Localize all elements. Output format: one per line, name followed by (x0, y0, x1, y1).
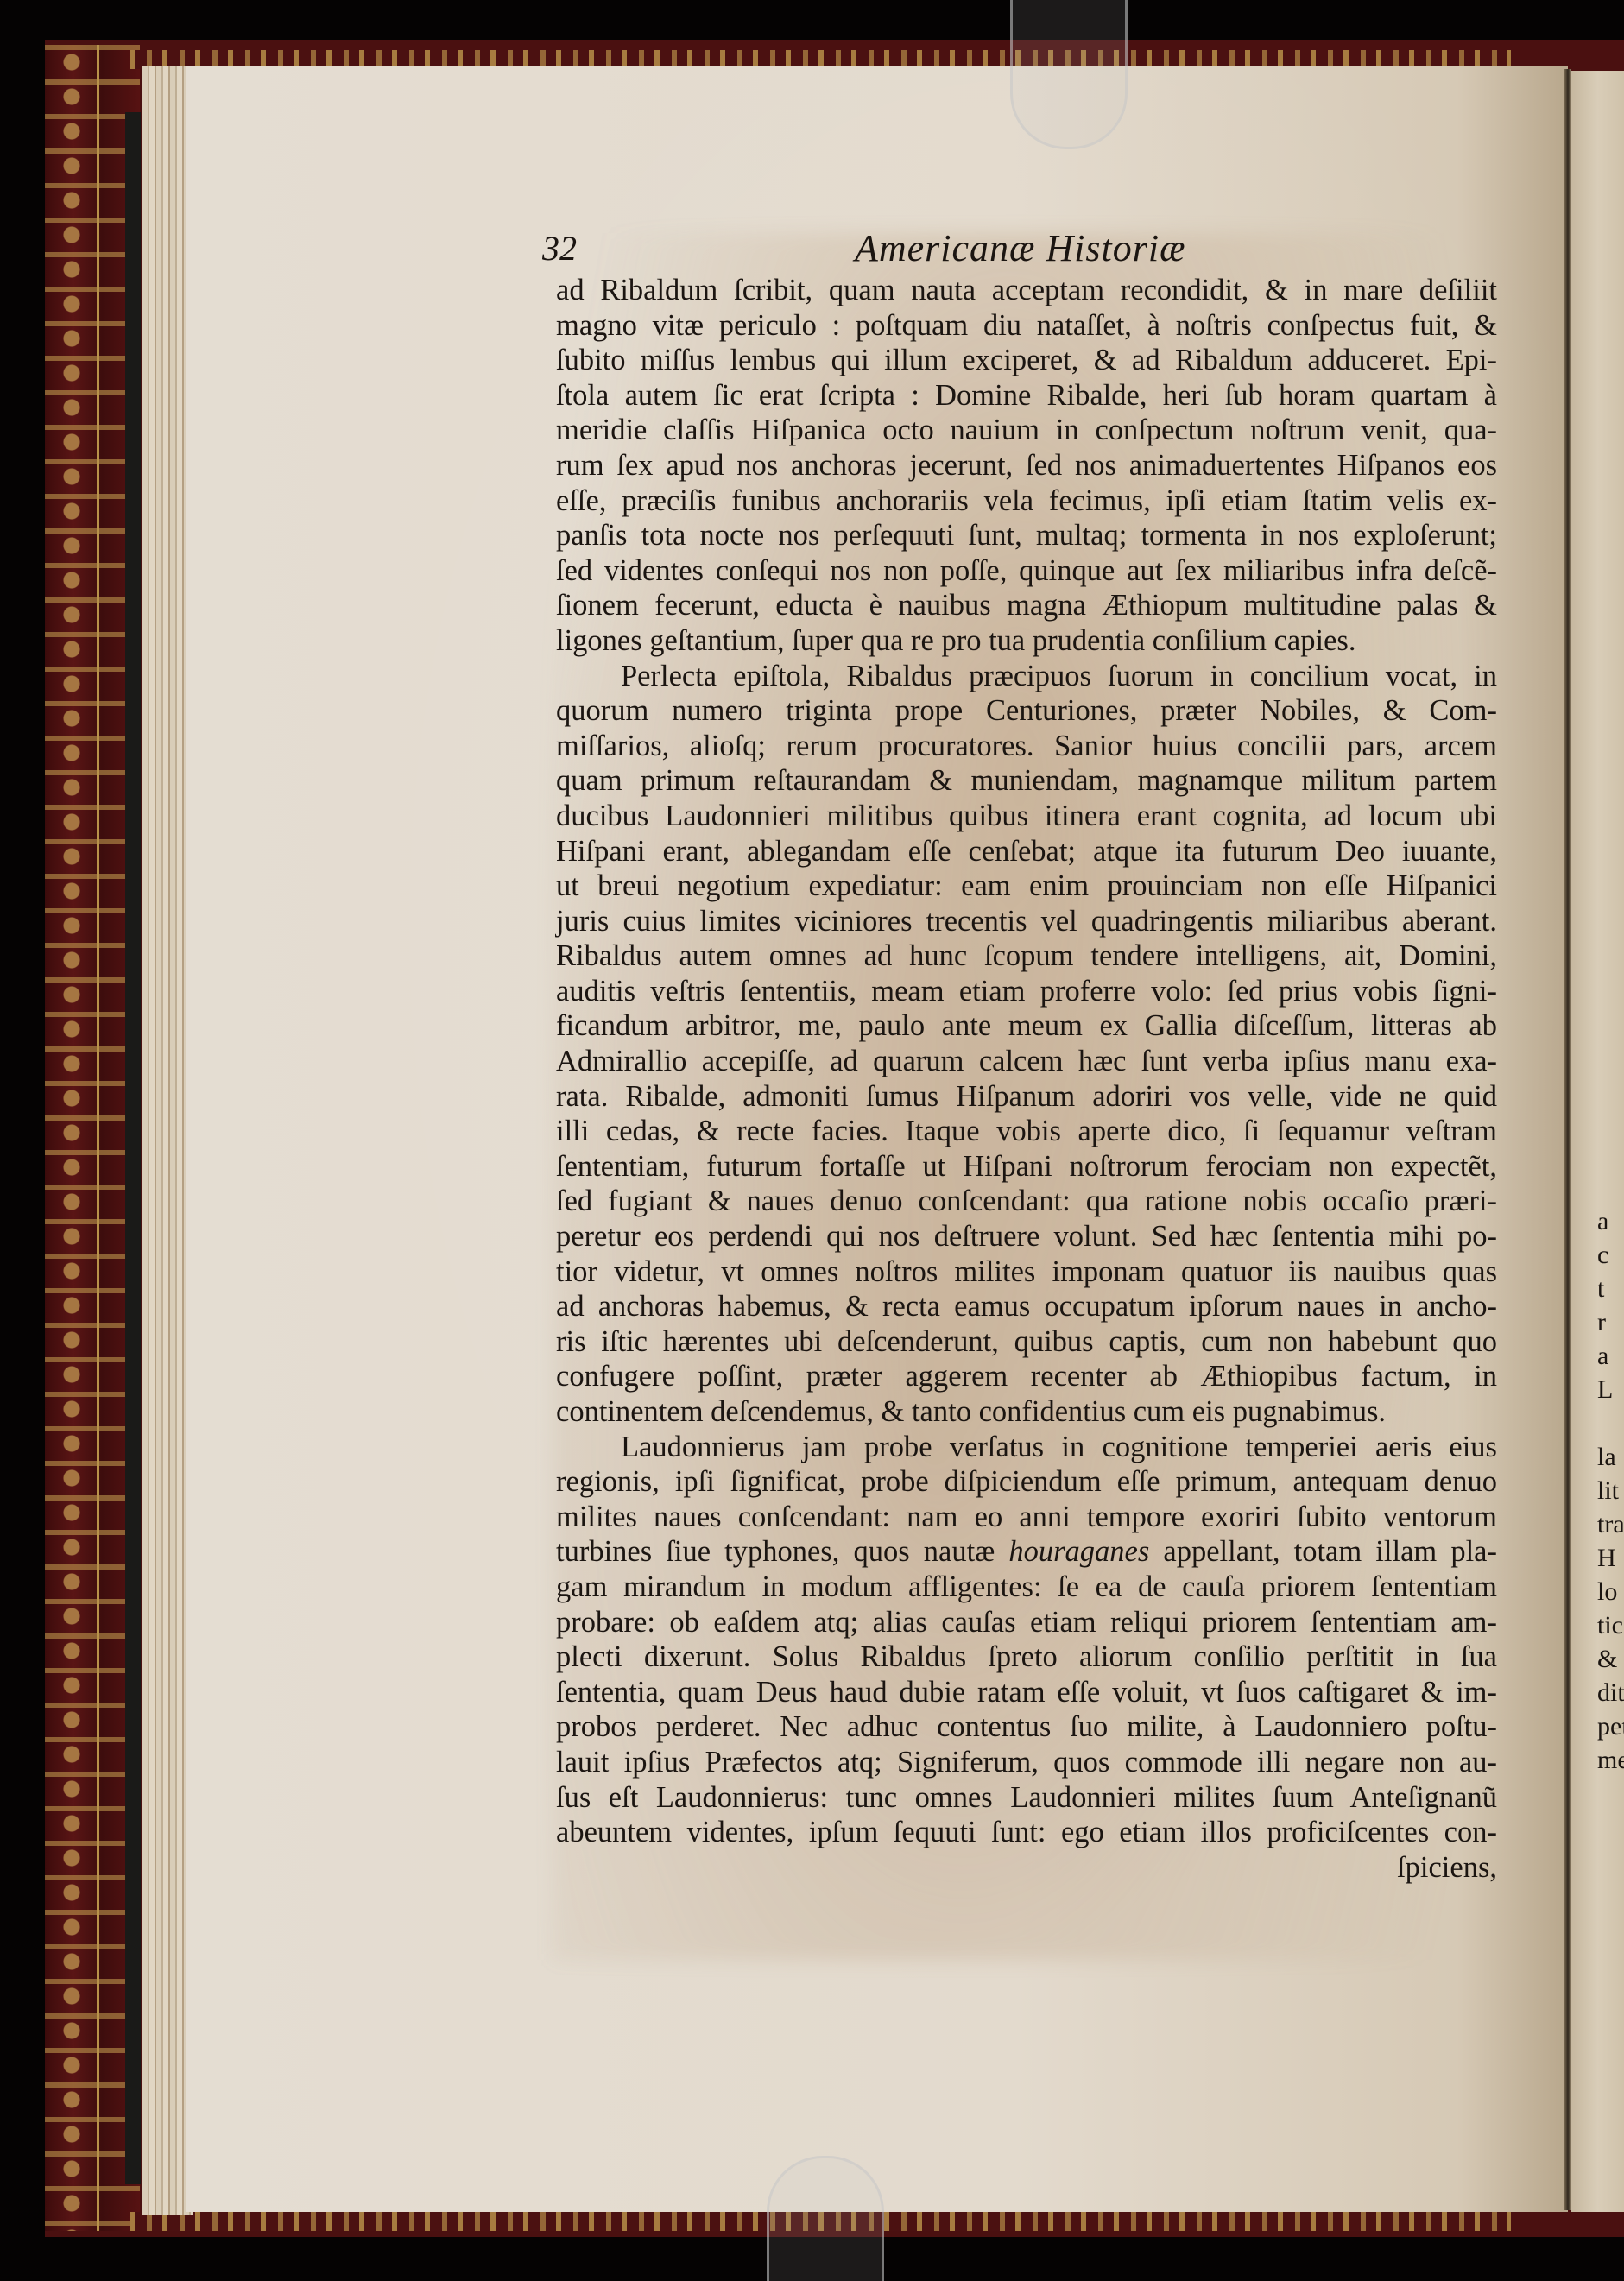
text-line: ris iſtic hærentes ubi deſcenderunt, qui… (556, 1324, 1497, 1360)
text-line: eſſe, præciſis funibus anchorariis vela … (556, 483, 1497, 519)
text-line: ſus eſt Laudonnierus: tunc omnes Laudonn… (556, 1780, 1497, 1816)
facing-page-text: tic (1597, 1608, 1623, 1642)
flyleaf-edge (125, 112, 141, 2184)
text-line: Perlecta epiſtola, Ribaldus præcipuos ſu… (556, 659, 1497, 694)
text-line: Laudonnierus jam probe verſatus in cogni… (556, 1430, 1497, 1465)
facing-page-text: t (1597, 1272, 1604, 1305)
text-line: rum ſex apud nos anchoras jecerunt, ſed … (556, 448, 1497, 483)
text-line: rata. Ribalde, admoniti ſumus Hiſpanum a… (556, 1079, 1497, 1115)
text-line: ſed fugiant & naues denuo conſcendant: q… (556, 1184, 1497, 1219)
text-line: confugere poſſint, præter aggerem recent… (556, 1359, 1497, 1394)
text-line: Ribaldus autem omnes ad hunc ſcopum tend… (556, 938, 1497, 974)
facing-page-text: H (1597, 1541, 1616, 1575)
text-line: gam mirandum in modum affligentes: ſe ea… (556, 1570, 1497, 1605)
page-number: 32 (542, 228, 577, 269)
text-line: illi cedas, & recte facies. Itaque vobis… (556, 1114, 1497, 1149)
text-line: turbines ſiue typhones, quos nautæ houra… (556, 1534, 1497, 1570)
text-line: tior videtur, vt omnes noſtros milites i… (556, 1254, 1497, 1290)
facing-page-text: me (1597, 1743, 1624, 1777)
facing-page-text: r (1597, 1305, 1606, 1339)
facing-page-text: & (1597, 1642, 1617, 1676)
facing-page-text: lit (1597, 1474, 1619, 1507)
text-line: probare: ob eaſdem atq; alias cauſas eti… (556, 1605, 1497, 1640)
facing-page-text: dit (1597, 1676, 1624, 1709)
facing-page-fragment: actraLlalittraHlotic&ditpetme (1571, 71, 1624, 2212)
facing-page-text: a (1597, 1204, 1608, 1238)
text-line: panſis tota nocte nos perſequuti ſunt, m… (556, 518, 1497, 553)
text-line: plecti dixerunt. Solus Ribaldus ſpreto a… (556, 1640, 1497, 1675)
text-line: abeuntem videntes, ipſum ſequuti ſunt: e… (556, 1815, 1497, 1850)
text-line: ſpiciens, (556, 1850, 1497, 1886)
text-line: ficandum arbitror, me, paulo ante meum e… (556, 1008, 1497, 1044)
body-text: ad Ribaldum ſcribit, quam nauta acceptam… (556, 273, 1497, 1885)
facing-page-text: L (1597, 1373, 1613, 1406)
text-line: ſententiam, futurum fortaſſe ut Hiſpani … (556, 1149, 1497, 1185)
facing-page-text: tra (1597, 1507, 1624, 1541)
facing-page-text: lo (1597, 1575, 1617, 1608)
facing-page-text: a (1597, 1339, 1608, 1373)
facing-page-text: la (1597, 1440, 1616, 1474)
text-line: lauit ipſius Præfectos atq; Signiferum, … (556, 1745, 1497, 1780)
text-line: magno vitæ periculo : poſtquam diu nataſ… (556, 308, 1497, 344)
page-header: 32 Americanæ Historiæ (535, 226, 1511, 269)
text-line: continentem deſcendemus, & tanto confide… (556, 1394, 1497, 1430)
page-clip-top-icon (1010, 0, 1128, 149)
page-edges (142, 66, 193, 2215)
text-line: ad anchoras habemus, & recta eamus occup… (556, 1289, 1497, 1324)
text-line: juris cuius limites viciniores trecentis… (556, 904, 1497, 939)
text-line: Admirallio accepiſſe, ad quarum calcem h… (556, 1044, 1497, 1079)
italic-term: houraganes (1008, 1535, 1149, 1568)
text-line: ſed videntes conſequi nos non poſſe, qui… (556, 553, 1497, 589)
text-line: ſtola autem ſic erat ſcripta : Domine Ri… (556, 378, 1497, 414)
text-line: meridie claſſis Hiſpanica octo nauium in… (556, 413, 1497, 448)
text-line: ducibus Laudonnieri militibus quibus iti… (556, 799, 1497, 834)
book-gutter (1564, 69, 1571, 2210)
facing-page-text: pet (1597, 1709, 1624, 1743)
running-title: Americanæ Historiæ (855, 226, 1185, 270)
text-line: milites naues conſcendant: nam eo anni t… (556, 1500, 1497, 1535)
text-line: miſſarios, alioſq; rerum procuratores. S… (556, 729, 1497, 764)
text-line: ſionem fecerunt, educta è nauibus magna … (556, 588, 1497, 623)
text-line: ligones geſtantium, ſuper qua re pro tua… (556, 623, 1497, 659)
text-line: ad Ribaldum ſcribit, quam nauta acceptam… (556, 273, 1497, 308)
text-line: quorum numero triginta prope Centuriones… (556, 693, 1497, 729)
facing-page-text: c (1597, 1238, 1608, 1272)
text-line: ut breui negotium expediatur: eam enim p… (556, 869, 1497, 904)
text-line: ſubito miſſus lembus qui illum exciperet… (556, 343, 1497, 378)
text-line: peretur eos perdendi qui nos deſtruere v… (556, 1219, 1497, 1254)
text-line: regionis, ipſi ſignificat, probe diſpici… (556, 1464, 1497, 1500)
text-line: ſententia, quam Deus haud dubie ratam eſ… (556, 1675, 1497, 1710)
text-line: probos perderet. Nec adhuc contentus ſuo… (556, 1709, 1497, 1745)
text-line: Hiſpani erant, ablegandam eſſe cenſebat;… (556, 834, 1497, 869)
page-clip-bottom-icon (767, 2156, 884, 2281)
text-line: auditis veſtris ſententiis, meam etiam p… (556, 974, 1497, 1009)
text-line: quam primum reſtaurandam & muniendam, ma… (556, 763, 1497, 799)
